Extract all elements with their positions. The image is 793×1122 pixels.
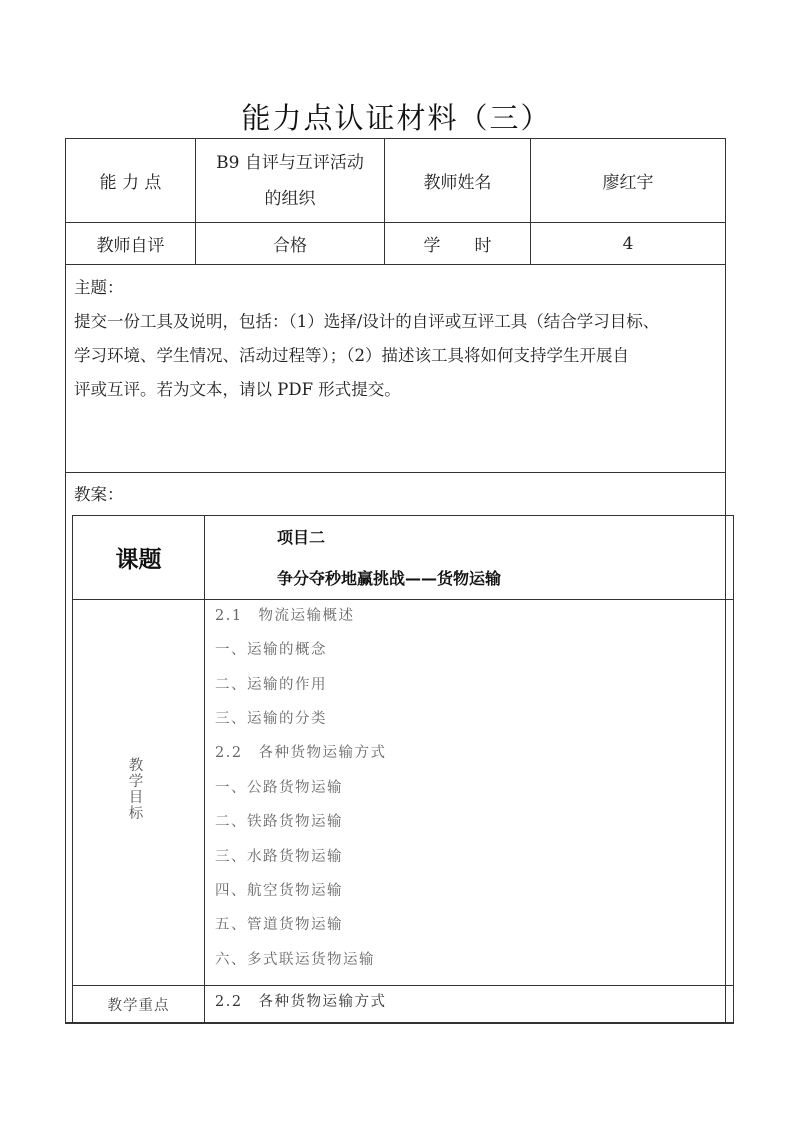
ability-label: 能 力 点 — [66, 139, 195, 222]
ability-value: B9 自评与互评活动 的组织 — [196, 139, 384, 222]
goal-item: 二、运输的作用 — [215, 673, 327, 694]
goal-item: 二、铁路货物运输 — [215, 810, 343, 831]
goal-item: 三、运输的分类 — [215, 707, 327, 728]
goal-item: 四、航空货物运输 — [215, 879, 343, 900]
teacher-name-value: 廖红宇 — [531, 139, 725, 222]
self-eval-label: 教师自评 — [66, 223, 195, 264]
goals-label: 教学目标 — [127, 758, 145, 822]
subject-label: 课题 — [73, 516, 204, 599]
goal-item: 一、运输的概念 — [215, 638, 327, 659]
self-eval-value: 合格 — [196, 223, 384, 264]
inner-border-bottom — [65, 1022, 734, 1024]
ability-value-line2: 的组织 — [265, 181, 316, 217]
goal-item: 一、公路货物运输 — [215, 776, 343, 797]
goal-item: 三、水路货物运输 — [215, 845, 343, 866]
goal-item: 五、管道货物运输 — [215, 913, 343, 934]
topic-line-3: 评或互评。若为文本，请以 PDF 形式提交。 — [74, 373, 724, 407]
inner-row-divider — [72, 599, 734, 600]
goal-item: 六、多式联运货物运输 — [215, 948, 375, 969]
inner-border-right — [733, 515, 734, 1023]
subject-line-2: 争分夺秒地赢挑战——货物运输 — [277, 566, 501, 589]
row-divider — [65, 472, 726, 473]
goal-item: 2.2 各种货物运输方式 — [215, 741, 387, 762]
ability-value-line1: B9 自评与互评活动 — [216, 145, 364, 181]
subject-line-1: 项目二 — [277, 525, 325, 548]
document-title: 能力点认证材料（三） — [0, 96, 793, 137]
row-divider — [65, 264, 726, 265]
hours-label: 学 时 — [385, 223, 530, 264]
hours-value: 4 — [531, 223, 725, 264]
goal-item: 2.1 物流运输概述 — [215, 604, 355, 625]
topic-label: 主题： — [74, 271, 124, 305]
table-border-left — [65, 138, 66, 1024]
inner-column-divider — [204, 515, 205, 1023]
topic-line-1: 提交一份工具及说明，包括：（1）选择/设计的自评或互评工具（结合学习目标、 — [74, 305, 724, 339]
key-points-value: 2.2 各种货物运输方式 — [215, 990, 387, 1011]
lesson-plan-label: 教案： — [74, 478, 124, 512]
table-border-right — [725, 138, 726, 1024]
teacher-name-label: 教师姓名 — [385, 139, 530, 222]
key-points-label: 教学重点 — [73, 986, 204, 1022]
topic-line-2: 学习环境、学生情况、活动过程等）；（2）描述该工具将如何支持学生开展自 — [74, 339, 724, 373]
